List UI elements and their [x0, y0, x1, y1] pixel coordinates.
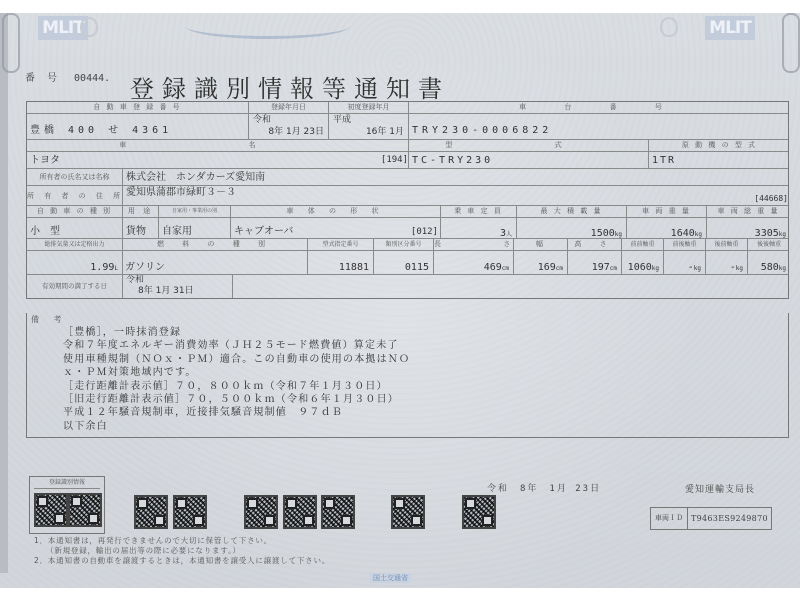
fuel-value: ガソリン: [123, 251, 308, 274]
first-reg-value: 16年 1月: [333, 126, 408, 138]
mlit-logo: MLIT: [705, 16, 755, 40]
qr-code-icon: [244, 495, 278, 529]
body-code: [012]: [408, 218, 438, 238]
ornament-icon: [2, 13, 20, 73]
length-value: 469cm: [434, 251, 514, 274]
emblem-icon: [80, 17, 98, 37]
body-shape: キャブオーバ [012]: [231, 218, 441, 238]
weight-header: 車 両 重 量: [627, 206, 707, 217]
width-header: 幅: [514, 239, 568, 250]
rf-axle-value: -kg: [706, 251, 748, 274]
gross-weight-header: 車 両 総 重 量: [707, 206, 790, 217]
footnotes: 1．本通知書は，再発行できませんので大切に保管して下さい。 （新規登録，輸出の届…: [34, 536, 330, 566]
owner-name-value: 株式会社 ホンダカーズ愛知南: [123, 169, 790, 185]
qr-code-icon: [391, 495, 425, 529]
max-load-header: 最 大 積 載 量: [517, 206, 627, 217]
first-reg-date: 平成 16年 1月: [329, 114, 409, 139]
vehicle-id-label: 車両ＩＤ: [651, 508, 688, 529]
first-reg-header: 初度登録年月: [329, 102, 409, 113]
footnote: 1．本通知書は，再発行できませんので大切に保管して下さい。: [34, 536, 330, 546]
validity-label: 有効期間の満了する日: [27, 275, 123, 298]
emblem-icon: [660, 17, 678, 37]
owner-address-value: 愛知県蒲郡市緑町３－３: [126, 187, 236, 198]
first-reg-era: 平成: [333, 114, 408, 126]
engine-model-value: 1TR: [649, 152, 790, 168]
owner-address-label: 所 有 者 の 住 所: [27, 186, 123, 205]
length-header: 長 さ: [434, 239, 514, 250]
number-value: 00444: [74, 73, 104, 84]
remark-line: 平成１２年騒音規制車，近接排気騒音規制値 ９７ｄＢ: [63, 406, 788, 419]
plate-header: 自 動 車 登 録 番 号: [27, 102, 249, 113]
vehicle-name: トヨタ [194]: [27, 152, 409, 168]
ministry-mark: 国土交通省: [370, 573, 411, 583]
body-shape-header: 車 体 の 形 状: [231, 206, 441, 217]
qr-box-label: 登録識別情報: [34, 477, 100, 489]
fr-axle-header: 前後軸重: [664, 239, 706, 250]
model-code: [194]: [378, 152, 408, 168]
type-cert-value: 11881: [308, 251, 374, 274]
private-value: 自家用: [159, 218, 231, 238]
page-edge: [0, 13, 8, 573]
table-row: 1.99L ガソリン 11881 0115 469cm 169cm 197cm …: [27, 251, 788, 275]
table-row: 所 有 者 の 住 所 愛知県蒲郡市緑町３－３ [44668]: [27, 186, 788, 206]
body-shape-value: キャブオーバ: [234, 226, 293, 237]
issue-date: 令和 8年 1月 23日: [487, 481, 601, 494]
qr-code-icon: [68, 493, 102, 527]
table-row: 豊橋 400 せ 4361 令和 8年 1月 23日 平成 16年 1月 TRY…: [27, 114, 788, 140]
remarks-title: 備 考: [27, 313, 788, 326]
height-header: 高 さ: [568, 239, 622, 250]
document-number: 番 号00444.: [25, 69, 110, 84]
capacity-value: 3人: [441, 218, 517, 238]
validity-date: 令和 8年 1月 31日: [123, 275, 233, 298]
category-value: 0115: [374, 251, 434, 274]
rr-axle-value: 580kg: [748, 251, 790, 274]
registration-table: 自 動 車 登 録 番 号 登録年月日 初度登録年月 車 台 番 号 豊橋 40…: [26, 101, 789, 299]
registration-info-qr-box: 登録識別情報: [29, 476, 105, 534]
remark-line: ［走行距離計表示値］７０，８００ｋｍ（令和７年１月３０日）: [63, 380, 788, 393]
rf-axle-header: 後前軸重: [706, 239, 748, 250]
model-header: 型 式: [409, 140, 649, 151]
footnote: 2．本通知書の自動車を譲渡するときは，本通知書を譲受人に譲渡して下さい。: [34, 556, 330, 566]
remarks-lines: ［豊橋］，一時抹消登録 令和７年度エネルギー消費効率（ＪＨ２５モード燃費値）算定…: [27, 326, 788, 433]
table-row: トヨタ [194] TC-TRY230 1TR: [27, 152, 788, 169]
table-row: 小 型 貨物 自家用 キャブオーバ [012] 3人 1500kg 1640kg…: [27, 218, 788, 239]
private-header: 自家用・事業用の別: [159, 206, 231, 217]
fr-axle-value: -kg: [664, 251, 706, 274]
qr-code-icon: [173, 495, 207, 529]
remark-line: 以下余白: [63, 420, 788, 433]
remarks-section: 備 考 ［豊橋］，一時抹消登録 令和７年度エネルギー消費効率（ＪＨ２５モード燃費…: [26, 313, 789, 438]
issuing-office: 愛知運輸支局長: [685, 482, 755, 495]
displacement-header: 総排気量又は定格出力: [27, 239, 123, 250]
weight-value: 1640kg: [627, 218, 707, 238]
type-cert-header: 型式指定番号: [308, 239, 374, 250]
vehicle-type-header: 自 動 車 の 種 別: [27, 206, 123, 217]
flourish-ornament: [185, 13, 350, 39]
remark-line: ｘ・ＰＭ対策地域内です。: [63, 366, 788, 379]
table-row: 自 動 車 登 録 番 号 登録年月日 初度登録年月 車 台 番 号: [27, 102, 788, 114]
owner-address: 愛知県蒲郡市緑町３－３ [44668]: [123, 186, 790, 205]
ff-axle-value: 1060kg: [622, 251, 664, 274]
table-row: 総排気量又は定格出力 燃 料 の 種 別 型式指定番号 類別区分番号 長 さ 幅…: [27, 239, 788, 251]
qr-code-icon: [462, 495, 496, 529]
reg-date-value: 8年 1月 23日: [253, 126, 328, 138]
reg-date: 令和 8年 1月 23日: [249, 114, 329, 139]
table-row: 有効期間の満了する日 令和 8年 1月 31日: [27, 275, 788, 298]
table-row: 所有者の氏名又は名称 株式会社 ホンダカーズ愛知南: [27, 169, 788, 186]
category-header: 類別区分番号: [374, 239, 434, 250]
remark-line: 令和７年度エネルギー消費効率（ＪＨ２５モード燃費値）算定未了: [63, 339, 788, 352]
use-value: 貨物: [123, 218, 159, 238]
validity-value: 8年 1月 31日: [126, 286, 232, 297]
model-value: TC-TRY230: [409, 152, 649, 168]
maker-value: トヨタ: [30, 155, 60, 166]
reg-date-header: 登録年月日: [249, 102, 329, 113]
document-title: 登録識別情報等通知書: [130, 69, 450, 104]
ornament-icon: [782, 13, 800, 73]
vehicle-id-value: T9463ES9249870: [688, 508, 768, 529]
engine-model-header: 原 動 機 の 型 式: [649, 140, 790, 151]
ff-axle-header: 前前軸重: [622, 239, 664, 250]
number-label: 番 号: [25, 73, 60, 84]
fuel-header: 燃 料 の 種 別: [123, 239, 308, 250]
blank-cell: [233, 275, 790, 298]
use-header: 用 途: [123, 206, 159, 217]
address-code: [44668]: [751, 192, 788, 205]
vehicle-id-box: 車両ＩＤ T9463ES9249870: [650, 507, 772, 530]
width-value: 169cm: [514, 251, 568, 274]
remark-line: 使用車種規制（ＮＯｘ・ＰＭ）適合。この自動車の使用の本拠はＮＯ: [63, 353, 788, 366]
remark-line: ［旧走行距離計表示値］７０，５００ｋｍ（令和６年１月３０日）: [63, 393, 788, 406]
max-load-value: 1500kg: [517, 218, 627, 238]
chassis-header: 車 台 番 号: [409, 102, 790, 113]
height-value: 197cm: [568, 251, 622, 274]
reg-date-era: 令和: [253, 114, 328, 126]
vehicle-type-value: 小 型: [27, 218, 123, 238]
footnote: （新規登録，輸出の届出等の際に必要になります。）: [34, 546, 330, 556]
chassis-value: TRY230-0006822: [409, 114, 790, 139]
qr-code-icon: [134, 495, 168, 529]
qr-code-icon: [34, 493, 68, 527]
displacement-value: 1.99L: [27, 251, 123, 274]
gross-weight-value: 3305kg: [707, 218, 790, 238]
qr-code-icon: [283, 495, 317, 529]
vehicle-name-header: 車 名: [27, 140, 409, 151]
remark-line: ［豊橋］，一時抹消登録: [63, 326, 788, 339]
owner-name-label: 所有者の氏名又は名称: [27, 169, 123, 185]
capacity-header: 乗 車 定 員: [441, 206, 517, 217]
plate-value: 豊橋 400 せ 4361: [27, 114, 249, 139]
rr-axle-header: 後後軸重: [748, 239, 790, 250]
table-row: 自 動 車 の 種 別 用 途 自家用・事業用の別 車 体 の 形 状 乗 車 …: [27, 206, 788, 218]
qr-code-icon: [321, 495, 355, 529]
validity-era: 令和: [126, 275, 232, 286]
table-row: 車 名 型 式 原 動 機 の 型 式: [27, 140, 788, 152]
